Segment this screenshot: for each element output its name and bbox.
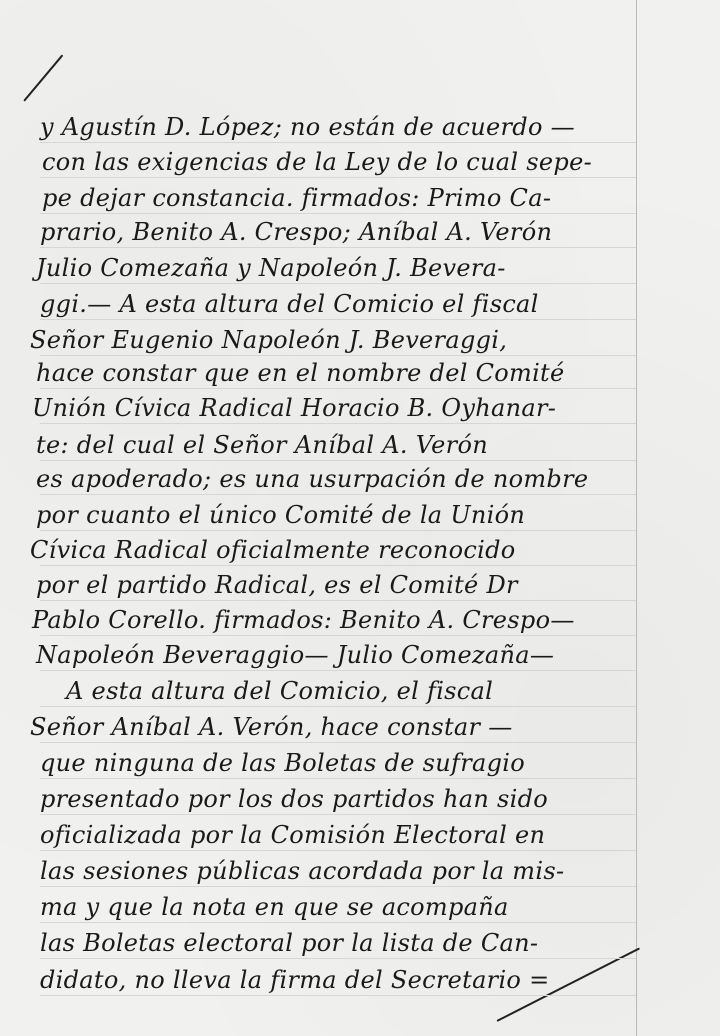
text-line: pe dejar constancia. firmados: Primo Ca- (42, 183, 662, 213)
opening-diagonal-stroke (23, 54, 63, 101)
ruled-line (40, 177, 636, 178)
ruled-line (40, 958, 636, 959)
ruled-line (40, 742, 636, 743)
text-line: Señor Eugenio Napoleón J. Beveraggi, (30, 325, 650, 355)
ruled-line (40, 814, 636, 815)
ruled-line (40, 494, 636, 495)
text-line: por el partido Radical, es el Comité Dr (36, 570, 656, 600)
ruled-line (40, 142, 636, 143)
text-line: oficializada por la Comisión Electoral e… (40, 820, 660, 850)
text-line: Napoleón Beveraggio— Julio Comezaña— (36, 640, 656, 670)
text-line: Cívica Radical oficialmente reconocido (30, 535, 650, 565)
text-line: hace constar que en el nombre del Comité (36, 358, 656, 388)
ruled-line (40, 635, 636, 636)
text-line: por cuanto el único Comité de la Unión (36, 500, 656, 530)
ruled-line (40, 670, 636, 671)
text-line: presentado por los dos partidos han sido (40, 784, 660, 814)
text-line: Unión Cívica Radical Horacio B. Oyhanar- (32, 393, 652, 423)
text-line: las Boletas electoral por la lista de Ca… (40, 928, 660, 958)
text-line: que ninguna de las Boletas de sufragio (40, 748, 660, 778)
text-line: Julio Comezaña y Napoleón J. Bevera- (36, 253, 656, 283)
ruled-line (40, 247, 636, 248)
ruled-line (40, 565, 636, 566)
ruled-line (40, 388, 636, 389)
text-line: y Agustín D. López; no están de acuerdo … (40, 112, 660, 142)
text-line: ma y que la nota en que se acompaña (40, 892, 660, 922)
ruled-line (40, 850, 636, 851)
ruled-line (40, 778, 636, 779)
text-line: es apoderado; es una usurpación de nombr… (36, 464, 656, 494)
ruled-line (40, 213, 636, 214)
ruled-line (40, 706, 636, 707)
text-line: prario, Benito A. Crespo; Aníbal A. Veró… (40, 217, 660, 247)
ruled-line (40, 460, 636, 461)
ruled-line (40, 995, 636, 996)
ruled-line (40, 886, 636, 887)
ruled-line (40, 530, 636, 531)
text-line: Señor Aníbal A. Verón, hace constar — (30, 712, 650, 742)
ruled-line (40, 319, 636, 320)
ruled-line (40, 922, 636, 923)
text-line: con las exigencias de la Ley de lo cual … (42, 147, 662, 177)
text-line: Pablo Corello. firmados: Benito A. Cresp… (32, 605, 652, 635)
ruled-line (40, 600, 636, 601)
ruled-line (40, 283, 636, 284)
ruled-line (40, 355, 636, 356)
ruled-line (40, 423, 636, 424)
text-line: A esta altura del Comicio, el fiscal (66, 676, 686, 706)
text-line: te: del cual el Señor Aníbal A. Verón (36, 430, 656, 460)
text-line: ggi.— A esta altura del Comicio el fisca… (40, 289, 660, 319)
text-line: las sesiones públicas acordada por la mi… (40, 856, 660, 886)
text-line: didato, no lleva la firma del Secretario… (40, 965, 660, 995)
manuscript-page: y Agustín D. López; no están de acuerdo … (0, 0, 720, 1036)
